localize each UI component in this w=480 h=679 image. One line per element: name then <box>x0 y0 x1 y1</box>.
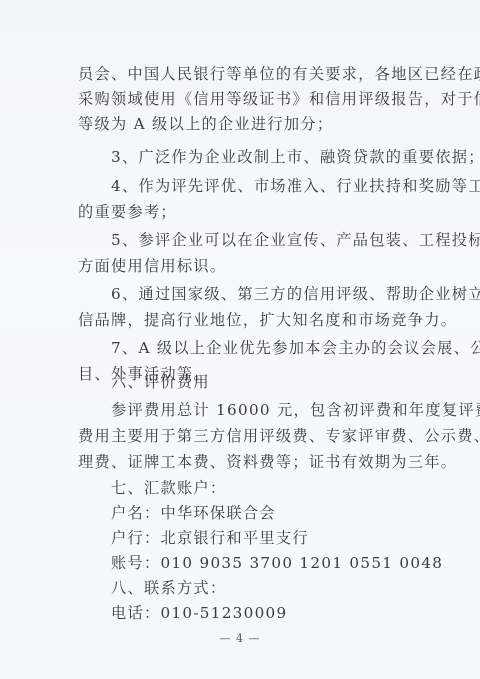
paragraph-line: 等级为 A 级以上的企业进行加分； <box>78 114 414 134</box>
section-heading-contact: 八、联系方式： <box>111 578 447 598</box>
section-heading-fees: 六、评价费用 <box>111 372 447 392</box>
paragraph-line: 员会、中国人民银行等单位的有关要求，各地区已经在政府 <box>78 64 414 84</box>
contact-phone: 电话：010-51230009 <box>111 603 447 623</box>
account-number: 账号：010 9035 3700 1201 0551 0048 <box>111 553 447 573</box>
list-item-5-continuation: 方面使用信用标识。 <box>78 256 414 276</box>
list-item-6-continuation: 信品牌，提高行业地位，扩大知名度和市场竞争力。 <box>78 310 414 330</box>
account-name: 户名：中华环保联合会 <box>111 503 447 523</box>
document-page: 员会、中国人民银行等单位的有关要求，各地区已经在政府 采购领域使用《信用等级证书… <box>0 0 480 679</box>
fees-paragraph-line-3: 理费、证牌工本费、资料费等；证书有效期为三年。 <box>78 452 414 472</box>
fees-paragraph: 参评费用总计 16000 元，包含初评费和年度复评费；该 <box>111 400 447 420</box>
list-item-4-continuation: 的重要参考； <box>78 202 414 222</box>
list-item-5: 5、参评企业可以在企业宣传、产品包装、工程投标等 <box>111 230 447 250</box>
account-bank: 户行：北京银行和平里支行 <box>111 528 447 548</box>
list-item-4: 4、作为评先评优、市场准入、行业扶持和奖励等工作 <box>111 176 447 196</box>
list-item-7: 7、A 级以上企业优先参加本会主办的会议会展、公益项 <box>111 338 447 358</box>
list-item-3: 3、广泛作为企业改制上市、融资贷款的重要依据； <box>111 147 447 167</box>
section-heading-account: 七、汇款账户： <box>111 478 447 498</box>
paragraph-line: 采购领域使用《信用等级证书》和信用评级报告，对于信用 <box>78 89 414 109</box>
list-item-6: 6、通过国家级、第三方的信用评级、帮助企业树立诚 <box>111 284 447 304</box>
fees-paragraph-line-2: 费用主要用于第三方信用评级费、专家评审费、公示费、管 <box>78 426 414 446</box>
page-number: — 4 — <box>0 632 480 645</box>
